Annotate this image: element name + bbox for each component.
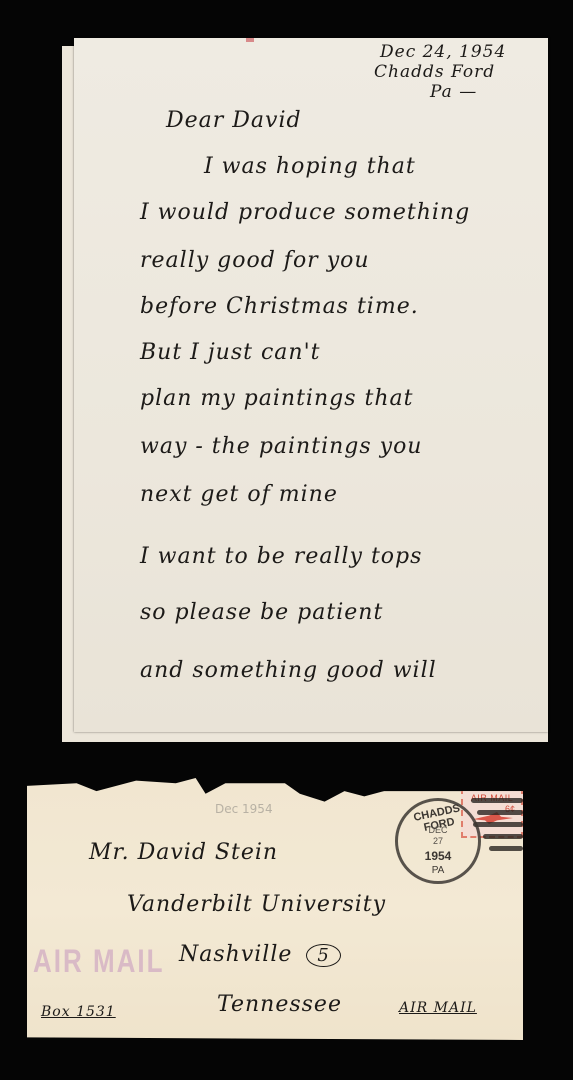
postmark: CHADDS FORD DEC 27 1954 PA <box>395 798 481 884</box>
letter-line: plan my paintings that <box>140 386 413 411</box>
postmark-day: 27 <box>433 836 443 846</box>
address-city-name: Nashville <box>179 942 292 967</box>
letter-line: way - the paintings you <box>140 434 422 459</box>
letter-line: next get of mine <box>140 482 338 507</box>
letter-line: But I just can't <box>140 340 320 365</box>
letter-line: and something good will <box>140 658 437 683</box>
cancel-line <box>483 834 523 839</box>
address-state: Tennessee <box>217 992 342 1017</box>
cancel-line <box>477 810 523 815</box>
archive-date-note: Dec 1954 <box>215 802 273 816</box>
address-name: Mr. David Stein <box>89 840 278 865</box>
cancel-line <box>473 822 523 827</box>
letter-line: I would produce something <box>140 200 470 225</box>
letter-line: before Christmas time. <box>140 294 419 319</box>
letter-state: Pa — <box>430 82 477 102</box>
box-number-note: Box 1531 <box>41 1004 116 1020</box>
address-city: Nashville5 <box>179 942 341 967</box>
postmark-date: DEC 27 <box>398 825 478 847</box>
cancel-line <box>471 798 523 803</box>
postmark-year: 1954 <box>398 849 478 863</box>
letter-sheet: Dec 24, 1954 Chadds Ford Pa — Dear David… <box>74 38 548 732</box>
red-mark <box>246 38 254 42</box>
letter-place: Chadds Ford <box>374 62 495 82</box>
letter-salutation: Dear David <box>166 108 302 133</box>
letter-line: I want to be really tops <box>140 544 422 569</box>
stamped-airmail-label: AIR MAIL <box>33 942 165 981</box>
cancel-line <box>489 846 523 851</box>
envelope: Dec 1954 AIR MAIL 6¢ CHADDS FORD DEC 27 … <box>27 778 523 1040</box>
letter-line: really good for you <box>140 248 370 273</box>
letter-line: I was hoping that <box>204 154 416 179</box>
postmark-month: DEC <box>428 825 447 835</box>
address-zone: 5 <box>306 944 340 967</box>
letter-line: so please be patient <box>140 600 383 625</box>
address-line2: Vanderbilt University <box>127 892 386 917</box>
postmark-state: PA <box>398 865 478 876</box>
letter-date: Dec 24, 1954 <box>380 42 506 62</box>
airmail-handwritten-note: AIR MAIL <box>399 1000 477 1016</box>
